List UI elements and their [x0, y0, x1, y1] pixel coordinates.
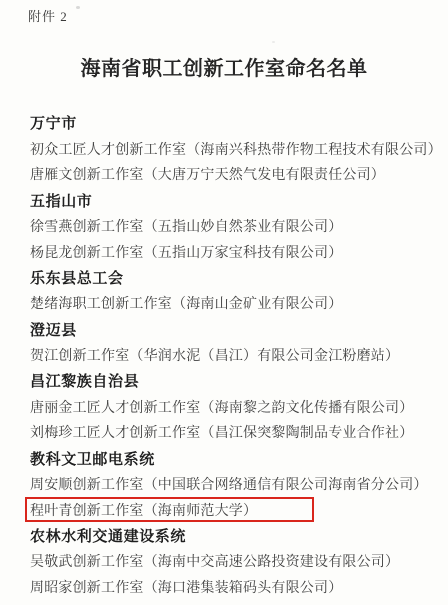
workshop-entry: 周昭家创新工作室（海口港集装箱码头有限公司） — [30, 574, 444, 600]
section-header-jiaokewen: 教科文卫邮电系统 — [30, 445, 444, 471]
workshop-entry: 吴敬武创新工作室（海南中交高速公路投资建设有限公司） — [30, 549, 444, 575]
scan-noise-dot — [272, 41, 275, 43]
scan-noise-dot — [76, 6, 80, 9]
document-title: 海南省职工创新工作室命名名单 — [0, 52, 448, 81]
workshop-entry: 唐雁文创新工作室（大唐万宁天然气发电有限责任公司） — [30, 162, 444, 188]
workshop-entry: 楚绪海职工创新工作室（海南山金矿业有限公司） — [30, 291, 444, 317]
workshop-entry: 唐丽金工匠人才创新工作室（海南黎之韵文化传播有限公司） — [30, 394, 444, 420]
document-body: 万宁市 初众工匠人才创新工作室（海南兴科热带作物工程技术有限公司） 唐雁文创新工… — [30, 110, 444, 600]
workshop-entry-text: 程叶青创新工作室（海南师范大学） — [30, 500, 257, 520]
section-header-wuzhishan: 五指山市 — [30, 187, 444, 213]
workshop-entry: 贺江创新工作室（华润水泥（昌江）有限公司金江粉磨站） — [30, 342, 444, 368]
workshop-entry: 徐雪燕创新工作室（五指山妙自然茶业有限公司） — [30, 213, 444, 239]
section-header-wanning: 万宁市 — [30, 110, 444, 136]
section-header-chengmai: 澄迈县 — [30, 316, 444, 342]
workshop-entry-highlighted: 程叶青创新工作室（海南师范大学） — [30, 497, 444, 523]
section-header-ledong: 乐东县总工会 — [30, 265, 444, 291]
workshop-entry: 杨昆龙创新工作室（五指山万家宝科技有限公司） — [30, 239, 444, 265]
workshop-entry: 周安顺创新工作室（中国联合网络通信有限公司海南省分公司） — [30, 471, 444, 497]
section-header-nonglin: 农林水利交通建设系统 — [30, 523, 444, 549]
section-header-changjiang: 昌江黎族自治县 — [30, 368, 444, 394]
workshop-entry: 刘梅珍工匠人才创新工作室（昌江保突黎陶制品专业合作社） — [30, 420, 444, 446]
workshop-entry: 初众工匠人才创新工作室（海南兴科热带作物工程技术有限公司） — [30, 136, 444, 162]
attachment-label: 附件 2 — [28, 6, 68, 25]
